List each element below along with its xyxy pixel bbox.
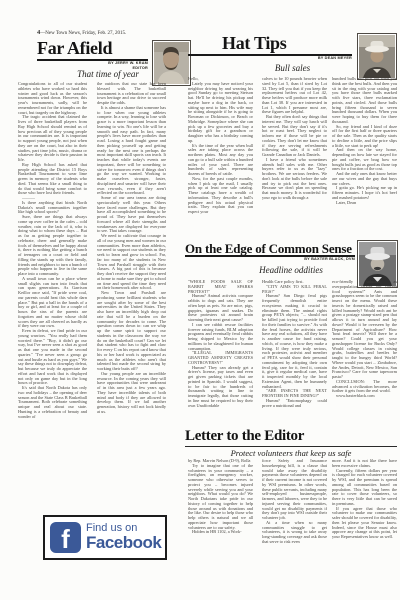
hat-tips-title: Hat Tips [222, 33, 286, 54]
facebook-logo-icon: f [50, 522, 81, 553]
letter-column-2: force Safety and Insurance housekeeping … [262, 459, 327, 561]
common-sense-headline: Headline oddities [185, 265, 397, 275]
hat-tips-column-3: hundred bulls and pick out what you thin… [332, 77, 397, 257]
far-afield-headline: That time of year [28, 69, 188, 79]
letter-headline: Protect volunteers that keep us safe [185, 448, 397, 458]
folio-text: —New Town News, Friday, Feb. 27, 2015. [40, 31, 126, 36]
hat-tips-byline: BY DEAN MEYER [188, 56, 352, 61]
folio-line: 4—New Town News, Friday, Feb. 27, 2015. [37, 29, 126, 36]
common-sense-column-2: Health Care policy first."CITY AIMS TO K… [262, 280, 327, 428]
facebook-ad-line2: Facebook [86, 534, 161, 552]
hat-tips-column-1: Hello,Lately you may have noticed your n… [188, 77, 253, 257]
facebook-ad-text: Find us on Facebook [86, 523, 161, 552]
jerry-kram-photo [152, 40, 191, 86]
newspaper-page: 4—New Town News, Friday, Feb. 27, 2015. … [0, 0, 400, 600]
letter-title: Letter to the Editor [185, 428, 304, 445]
far-afield-column-1: Congratulations to all of our student at… [18, 82, 87, 508]
hat-tips-column-2: calves to be 10 pounds heavier when sire… [262, 77, 327, 257]
hat-tips-headline: Bull sales [188, 63, 397, 73]
common-sense-column-1: "WHOLE FOODS SALE OF RABBIT MEAT SPARKS … [188, 280, 253, 428]
far-afield-title: Far Afield [37, 38, 112, 59]
facebook-ad: f Find us on Facebook [43, 515, 167, 560]
letter-column-1: by Rep. Marvin Nelson (D-9), RollaTry to… [188, 459, 253, 561]
common-sense-byline: BY BAXTER BLACK, DVM [185, 257, 355, 262]
letter-rule [185, 446, 397, 447]
letter-column-3: more. And it is not like there have been… [332, 459, 397, 561]
common-sense-column-3: eco-friendly solution as overpopulation … [332, 280, 397, 428]
far-afield-column-2: the outdoors that our state has been ble… [97, 82, 166, 508]
